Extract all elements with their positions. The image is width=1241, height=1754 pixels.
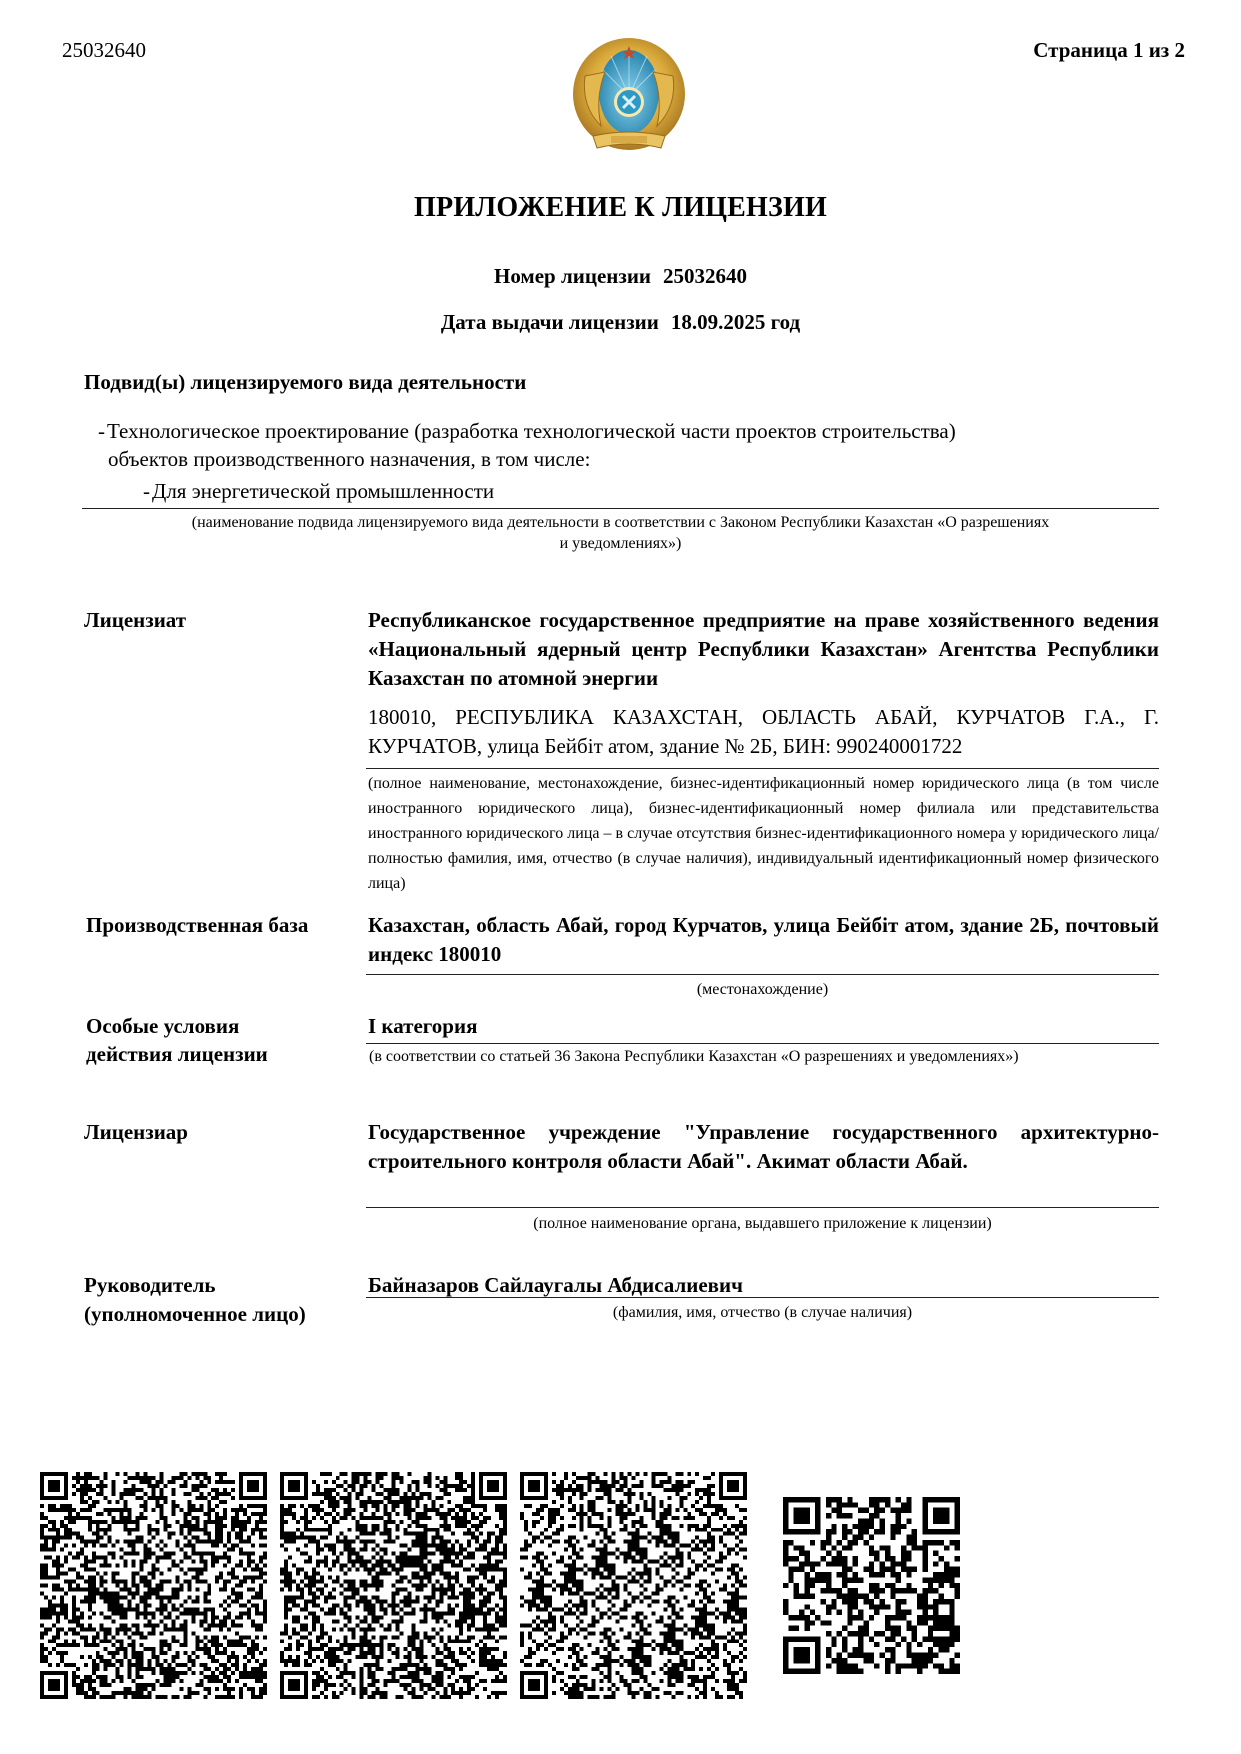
special-conditions-label: Особые условия действия лицензии bbox=[86, 1012, 268, 1068]
signature-qr-1-icon bbox=[40, 1472, 267, 1699]
divider bbox=[366, 1297, 1159, 1298]
head-value: Байназаров Сайлаугалы Абдисалиевич bbox=[368, 1271, 1159, 1299]
page-title: ПРИЛОЖЕНИЕ К ЛИЦЕНЗИИ bbox=[0, 192, 1241, 224]
head-note: (фамилия, имя, отчество (в случае наличи… bbox=[366, 1302, 1159, 1323]
licensee-address: 180010, РЕСПУБЛИКА КАЗАХСТАН, ОБЛАСТЬ АБ… bbox=[368, 703, 1159, 761]
special-conditions-label-line2: действия лицензии bbox=[86, 1040, 268, 1068]
subtype-item-line2: объектов производственного назначения, в… bbox=[108, 445, 590, 473]
signature-qr-3-icon bbox=[520, 1472, 747, 1699]
page-indicator: Страница 1 из 2 bbox=[1033, 38, 1185, 63]
license-date-label: Дата выдачи лицензии bbox=[441, 310, 659, 334]
subtype-item: -Для энергетической промышленности bbox=[143, 477, 494, 505]
signature-qr-2-icon bbox=[280, 1472, 507, 1699]
licensee-label: Лицензиат bbox=[84, 606, 186, 634]
state-emblem-icon bbox=[571, 36, 687, 160]
production-base-value: Казахстан, область Абай, город Курчатов,… bbox=[368, 911, 1159, 969]
licensee-name: Республиканское государственное предприя… bbox=[368, 606, 1159, 693]
licensor-label: Лицензиар bbox=[84, 1118, 188, 1146]
special-conditions-label-line1: Особые условия bbox=[86, 1012, 268, 1040]
bullet-dash: - bbox=[98, 417, 107, 445]
bullet-dash: - bbox=[143, 477, 152, 505]
divider bbox=[82, 508, 1159, 509]
subtype-item: -Технологическое проектирование (разрабо… bbox=[98, 417, 956, 445]
head-label-line1: Руководитель bbox=[84, 1271, 306, 1300]
production-base-note: (местонахождение) bbox=[366, 979, 1159, 1000]
licensor-note: (полное наименование органа, выдавшего п… bbox=[366, 1213, 1159, 1234]
special-conditions-value: I категория bbox=[368, 1012, 1159, 1040]
head-label-line2: (уполномоченное лицо) bbox=[84, 1300, 306, 1329]
divider bbox=[366, 974, 1159, 975]
head-label: Руководитель (уполномоченное лицо) bbox=[84, 1271, 306, 1329]
subtypes-note-line1: (наименование подвида лицензируемого вид… bbox=[82, 512, 1159, 533]
license-number-value: 25032640 bbox=[663, 264, 747, 288]
subtype-item-line1: Технологическое проектирование (разработ… bbox=[107, 419, 956, 443]
special-conditions-note: (в соответствии со статьей 36 Закона Рес… bbox=[369, 1046, 1019, 1067]
divider bbox=[366, 768, 1159, 769]
subtype-item-line1: Для энергетической промышленности bbox=[152, 479, 494, 503]
production-base-label: Производственная база bbox=[86, 911, 308, 939]
verification-qr-icon bbox=[783, 1497, 960, 1674]
document-number: 25032640 bbox=[62, 38, 146, 63]
license-date-row: Дата выдачи лицензии18.09.2025 год bbox=[0, 310, 1241, 335]
subtypes-note: (наименование подвида лицензируемого вид… bbox=[82, 512, 1159, 554]
licensee-note: (полное наименование, местонахождение, б… bbox=[368, 771, 1159, 896]
divider bbox=[366, 1207, 1159, 1208]
subtypes-note-line2: и уведомлениях») bbox=[82, 533, 1159, 554]
license-number-label: Номер лицензии bbox=[494, 264, 651, 288]
divider bbox=[366, 1043, 1159, 1044]
subtypes-heading: Подвид(ы) лицензируемого вида деятельнос… bbox=[84, 370, 526, 395]
licensor-value: Государственное учреждение "Управление г… bbox=[368, 1118, 1159, 1176]
license-date-value: 18.09.2025 год bbox=[671, 310, 800, 334]
license-number-row: Номер лицензии25032640 bbox=[0, 264, 1241, 289]
